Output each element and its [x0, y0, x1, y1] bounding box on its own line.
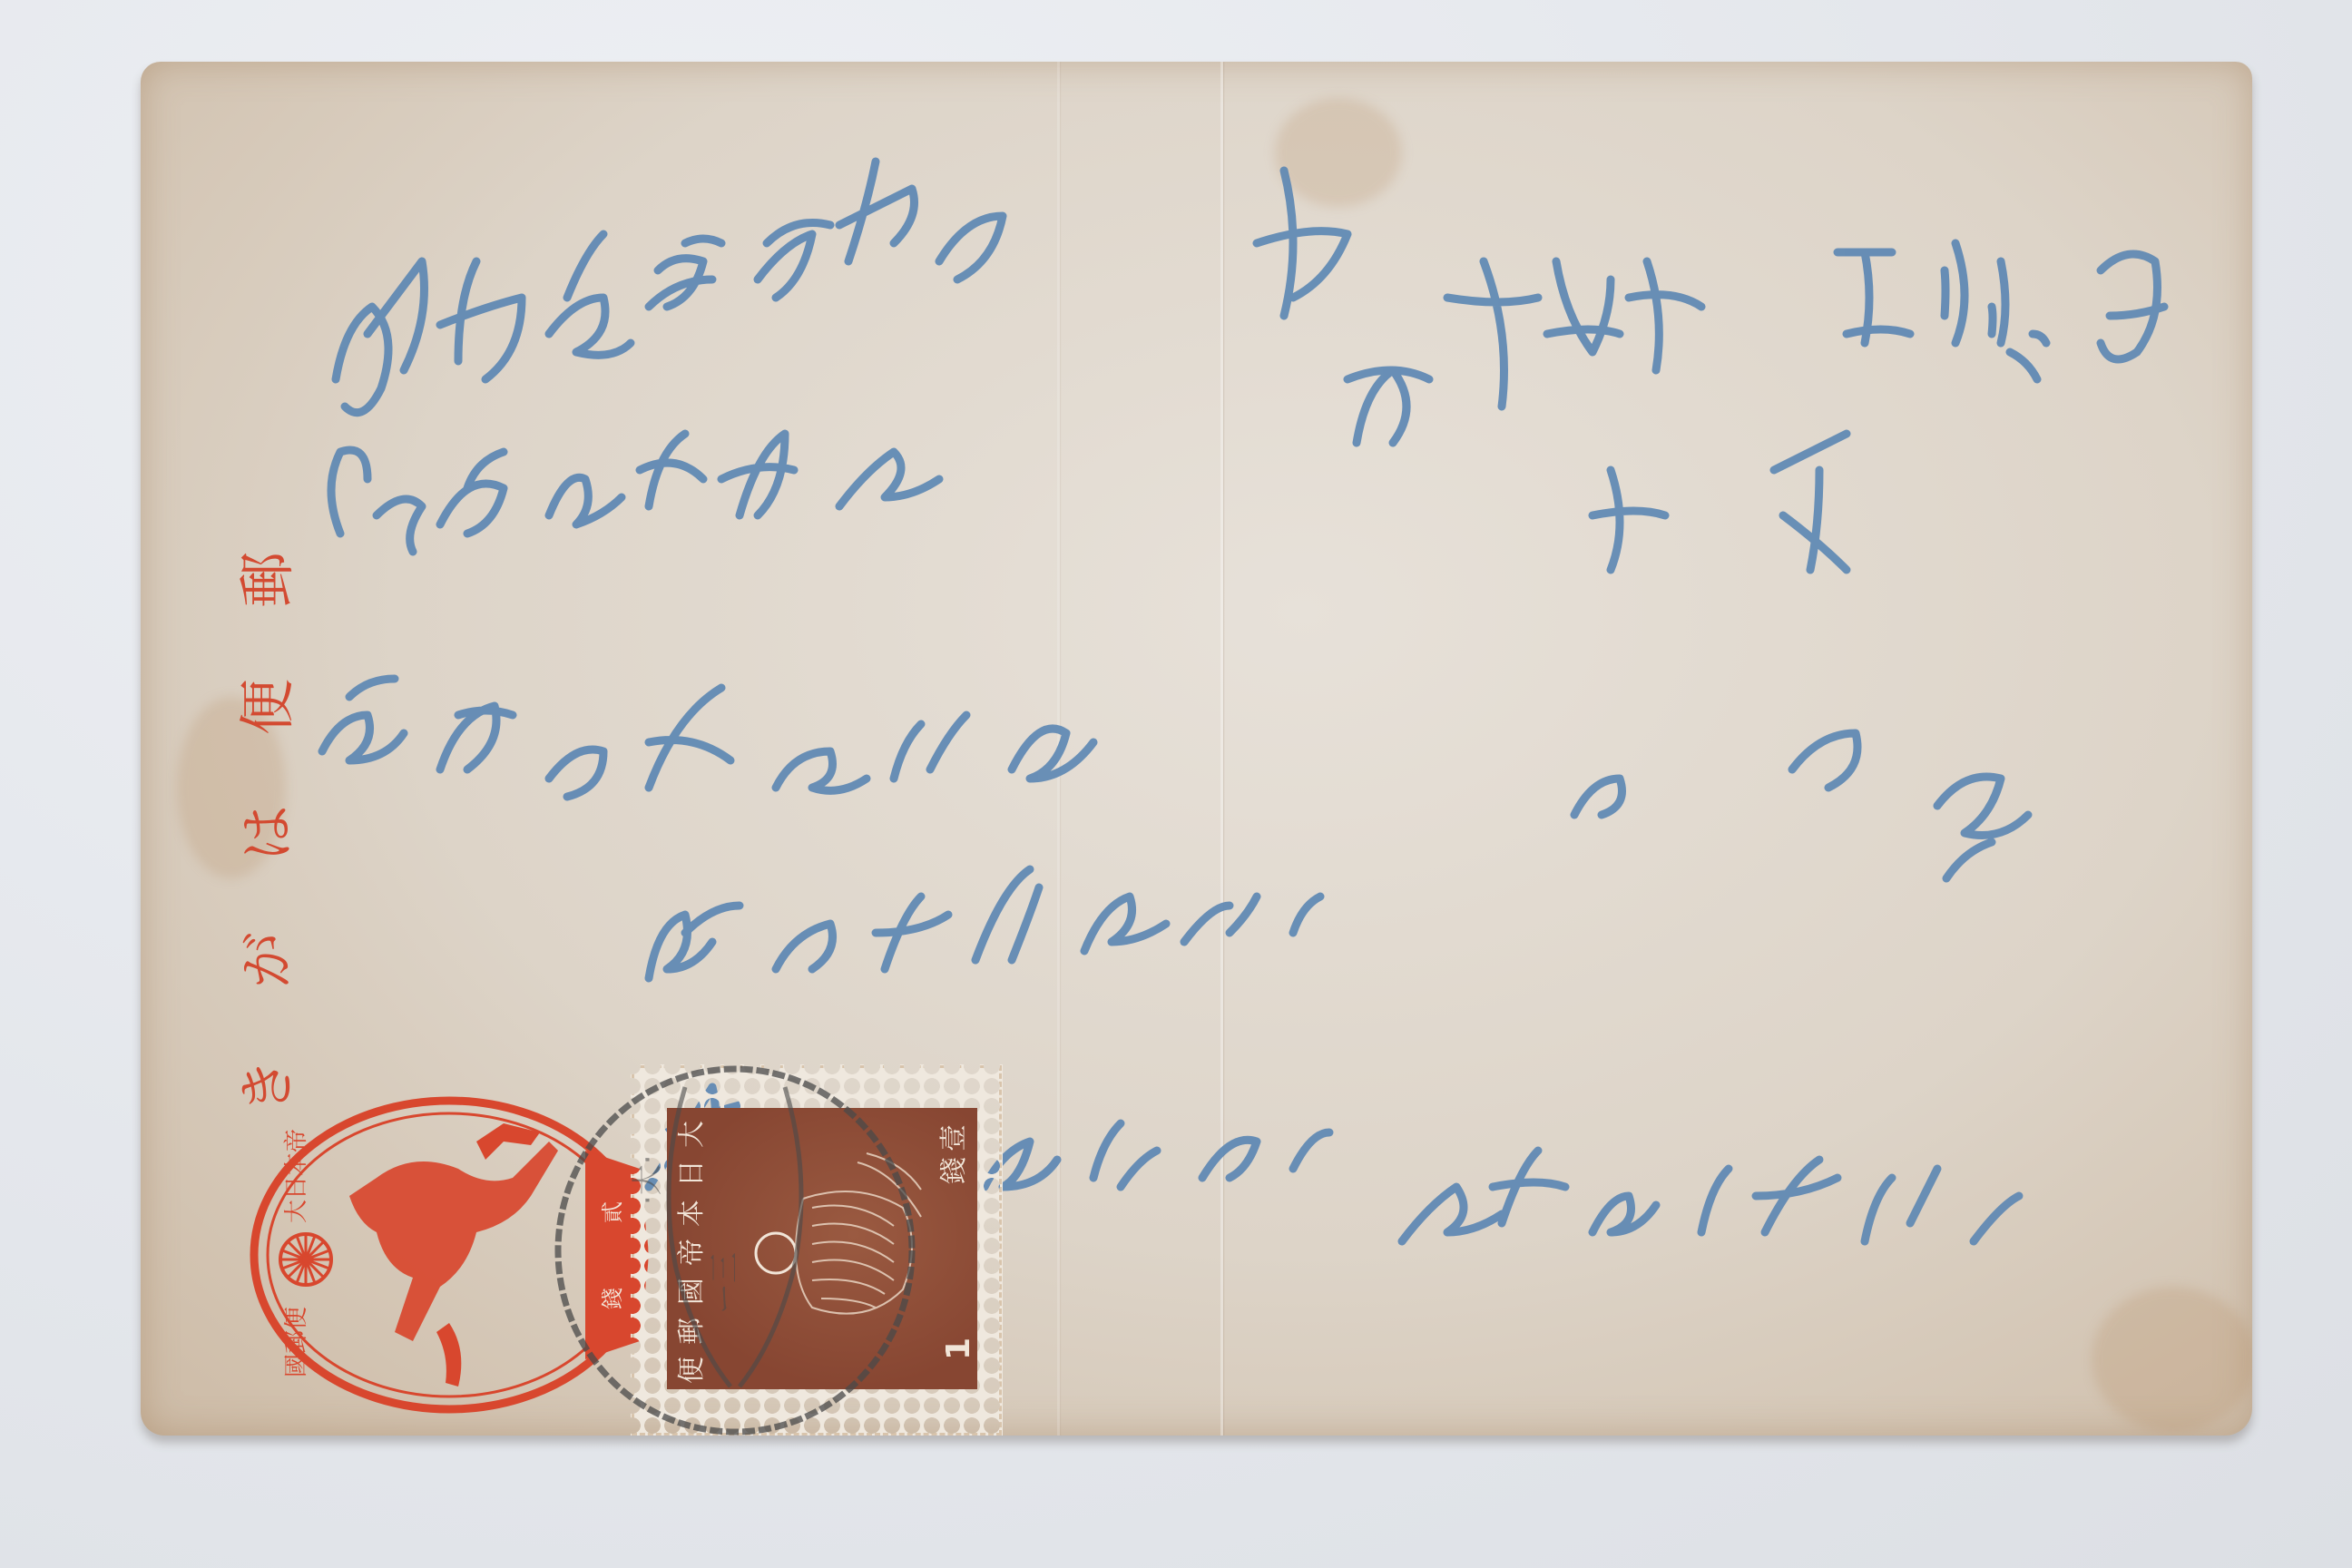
- postcard: 郵 便 は が き: [141, 62, 2252, 1436]
- stamp-country-text: 大 日 本 帝 國 郵 便: [674, 1121, 710, 1384]
- svg-text:錢: 錢: [600, 1288, 625, 1309]
- stamp-face: 大 日 本 帝 國 郵 便 壹 錢 1: [667, 1108, 977, 1389]
- indicia-top-text: 大日本帝: [283, 1129, 310, 1223]
- indicia-bottom-text: 國郵便: [283, 1307, 310, 1377]
- adhesive-postage-stamp: 大 日 本 帝 國 郵 便 壹 錢 1: [631, 1064, 1003, 1436]
- horseman-motif: [349, 1123, 558, 1387]
- svg-text:貳: 貳: [600, 1201, 625, 1223]
- chrysanthemum-crest-icon: [756, 1233, 796, 1273]
- portrait-engraving-icon: [721, 1144, 930, 1353]
- stamp-value-numeral: 1: [940, 1338, 977, 1360]
- stamp-denomination-text: 壹 錢: [941, 1124, 968, 1184]
- chrysanthemum-crest-icon: [280, 1234, 331, 1285]
- printed-stamp-indicia: 大日本帝 國郵便 貳 錢: [240, 1087, 658, 1423]
